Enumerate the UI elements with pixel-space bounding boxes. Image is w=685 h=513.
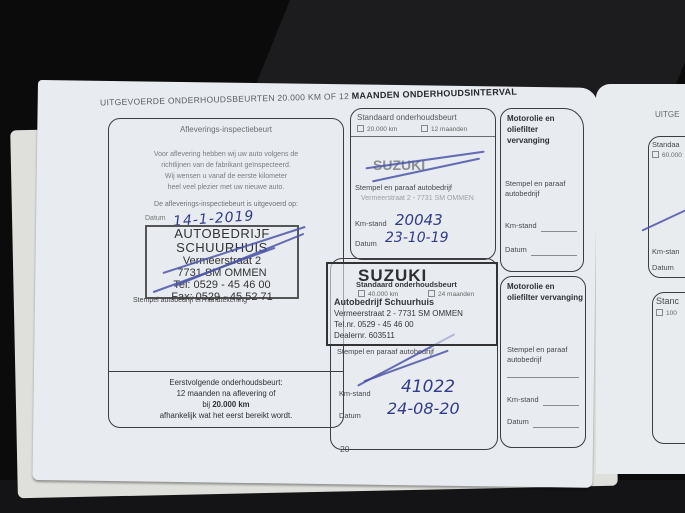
stamp-dealer-name: Autobedrijf Schuurhuis	[334, 297, 434, 307]
datum-label: Datum	[355, 239, 377, 248]
delivery-datum-label: Datum	[145, 215, 166, 222]
service-20000-box: Standaard onderhoudsbeurt 20.000 km 12 m…	[350, 108, 496, 260]
service-title: Standaard onderhoudsbeurt	[357, 113, 457, 122]
delivery-intro: Voor aflevering hebben wij uw auto volge…	[109, 149, 343, 193]
km-label: Km-stand	[355, 219, 387, 228]
km-value-handwritten: 20043	[395, 211, 443, 229]
stamp-dealer-number: Dealernr. 603511	[334, 331, 395, 340]
next-box-title: Standaa	[652, 140, 680, 149]
oil-title-line: oliefilter vervanging	[507, 292, 583, 303]
stamp-label: Stempel en paraaf	[507, 345, 567, 354]
field-line	[533, 427, 579, 428]
signature-stroke	[641, 204, 685, 231]
field-line	[543, 405, 579, 406]
next-service-line: 12 maanden na aflevering of	[109, 388, 343, 399]
next-km-label: Km-stan	[652, 247, 680, 256]
next-page-box-1: Standaa 60.000 Km-stan Datum	[648, 136, 685, 278]
delivery-inspection-box: Afleverings-inspectiebeurt Voor afleveri…	[108, 118, 344, 428]
stamp-signature-label: Stempel autobedrijf en handtekening	[133, 297, 247, 304]
next-service-note: Eerstvolgende onderhoudsbeurt: 12 maande…	[109, 377, 343, 421]
checkbox-km: 20.000 km	[357, 125, 397, 133]
field-line	[531, 255, 577, 256]
next-service-km: 20.000 km	[212, 400, 249, 409]
intro-line: Wij wensen u vanaf de eerste kilometer	[109, 171, 343, 182]
datum-label: Datum	[507, 417, 529, 426]
intro-line: richtlijnen van de fabrikant geïnspectee…	[109, 160, 343, 171]
delivery-title: Afleverings-inspectiebeurt	[109, 125, 343, 134]
next-service-line: bij 20.000 km	[109, 399, 343, 410]
next-service-line: afhankelijk wat het eerst bereikt wordt.	[109, 410, 343, 421]
faded-stamp-line: Vermeerstraat 2 - 7731 SM OMMEN	[361, 195, 474, 202]
km-label: Km-stand	[505, 221, 537, 230]
delivery-done-label: De afleverings-inspectiebeurt is uitgevo…	[109, 201, 343, 208]
oil-title: Motorolie en oliefilter vervanging	[507, 281, 583, 303]
field-line	[507, 377, 579, 378]
field-line	[541, 231, 577, 232]
oil-title-line: oliefilter vervanging	[507, 124, 583, 146]
box-divider	[109, 371, 343, 372]
stamp-label: Stempel en paraaf	[505, 179, 565, 188]
oil-title-line: Motorolie en	[507, 113, 583, 124]
stamp-phone: Tel.nr. 0529 - 45 46 00	[334, 320, 414, 329]
oil-title: Motorolie en oliefilter vervanging	[507, 113, 583, 146]
next-page-box-2: Stanc 100	[652, 292, 685, 444]
intro-line: Voor aflevering hebben wij uw auto volge…	[109, 149, 343, 160]
datum-value-handwritten: 24-08-20	[387, 399, 460, 418]
stamp-label: autobedrijf	[505, 189, 540, 198]
next-box-option: 100	[656, 309, 677, 317]
km-label: Km-stand	[507, 395, 539, 404]
km-label: Km-stand	[339, 389, 371, 398]
oil-title-line: Motorolie en	[507, 281, 583, 292]
next-page-header: UITGE	[655, 110, 679, 119]
stamp-address: Vermeerstraat 2 - 7731 SM OMMEN	[334, 309, 463, 318]
next-box-title: Stanc	[656, 296, 679, 306]
next-service-prefix: bij	[202, 400, 212, 409]
intro-line: heel veel plezier met uw nieuwe auto.	[109, 182, 343, 193]
km-value-handwritten: 41022	[401, 377, 455, 397]
page-number: 20	[340, 444, 349, 454]
service-title: Standaard onderhoudsbeurt	[356, 280, 457, 289]
next-service-line: Eerstvolgende onderhoudsbeurt:	[109, 377, 343, 388]
stamp-label: autobedrijf	[507, 355, 542, 364]
stamp-line: AUTOBEDRIJF	[147, 227, 297, 241]
checkbox-months: 12 maanden	[421, 125, 467, 133]
datum-value-handwritten: 23-10-19	[385, 230, 449, 246]
oil-change-box-2: Motorolie en oliefilter vervanging Stemp…	[500, 276, 586, 448]
box-divider	[351, 136, 495, 137]
checkbox-months: 24 maanden	[428, 290, 474, 298]
next-box-option: 60.000	[652, 151, 682, 159]
suzuki-dealer-stamp: SUZUKI Standaard onderhoudsbeurt 40.000 …	[326, 262, 498, 346]
stamp-label: Stempel en paraaf autobedrijf	[355, 183, 452, 192]
datum-label: Datum	[505, 245, 527, 254]
oil-change-box-1: Motorolie en oliefilter vervanging Stemp…	[500, 108, 584, 272]
next-datum-label: Datum	[652, 263, 674, 272]
datum-label: Datum	[339, 411, 361, 420]
